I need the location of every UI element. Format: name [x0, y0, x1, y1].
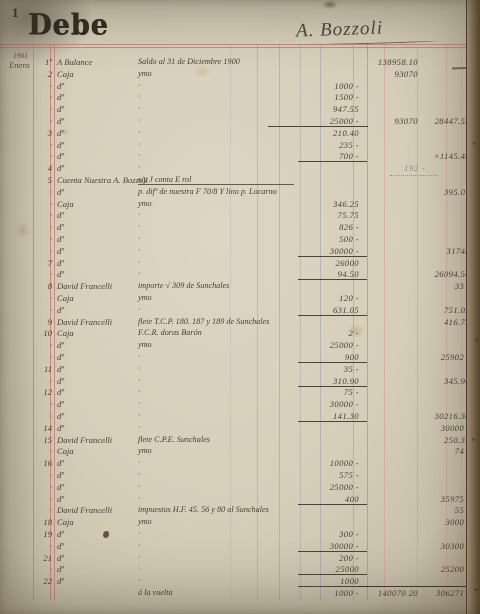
day-cell: ·: [34, 81, 52, 91]
amount-col2-cell: 93070: [368, 116, 418, 126]
edge-speck: [475, 338, 478, 342]
balance-cell: 25200 -: [422, 564, 470, 574]
day-cell: ·: [34, 222, 52, 232]
ledger-row: 3dº·210.40: [0, 128, 466, 140]
balance-cell: 55 -: [422, 505, 470, 515]
ledger-row: ·dºymo25000 -: [0, 340, 466, 352]
day-cell: 21: [34, 553, 52, 563]
edge-speck: [472, 438, 475, 441]
ledger-row: 12dº·75 -: [0, 387, 466, 399]
detail-cell: ymo: [138, 517, 294, 526]
detail-cell: ·: [138, 564, 294, 573]
detail-cell: p. difº de nuestra F 70/8 Y lino p. Loca…: [138, 187, 294, 196]
day-cell: ·: [34, 340, 52, 350]
amount-col1-cell: 200 -: [295, 553, 359, 563]
day-cell: ·: [34, 151, 52, 161]
edge-speck: [474, 588, 478, 591]
day-cell: 15: [34, 435, 52, 445]
detail-cell: ·: [138, 529, 294, 538]
day-cell: ·: [34, 246, 52, 256]
day-cell: 1º: [34, 57, 52, 67]
detail-cell: ·: [138, 376, 294, 385]
amount-col1-cell: 10000 -: [295, 458, 359, 468]
balance-cell: 30216.30: [422, 411, 470, 421]
amount-col1-cell: 25000 -: [295, 482, 359, 492]
day-cell: ·: [34, 269, 52, 279]
ledger-row: ·dº·826 -: [0, 222, 466, 234]
detail-cell: ·: [138, 246, 294, 255]
balance-cell: 30300 -: [422, 541, 470, 551]
ledger-row: 19dº·300 -: [0, 529, 466, 541]
day-cell: 8: [34, 281, 52, 291]
ledger-row: ·dº·94.5026094.50: [0, 269, 466, 281]
amount-col2-cell: 93070: [368, 69, 418, 79]
amount-col1-cell: 310.90: [295, 376, 359, 386]
ledger-row: ·dº·1000 -: [0, 81, 466, 93]
amount-col1-cell: 700 -: [295, 151, 359, 161]
detail-cell: ·: [138, 411, 294, 420]
ledger-row: 9David Francelliflete T.C.P. 180. 187 y …: [0, 317, 466, 329]
edge-speck: [473, 142, 476, 145]
day-cell: 19: [34, 529, 52, 539]
detail-cell: ·: [138, 128, 294, 137]
day-cell: ·: [34, 187, 52, 197]
balance-cell: 306271 -: [422, 588, 470, 598]
amount-col1-cell: 75.75: [295, 210, 359, 220]
day-cell: 5: [34, 175, 52, 185]
ledger-row: 11dº·35 -: [0, 364, 466, 376]
account-holder-name: A. Bozzoli: [296, 15, 447, 42]
detail-cell: ·: [138, 470, 294, 479]
total-line: [358, 586, 469, 587]
detail-cell: flete C.P.E. Sunchales: [138, 435, 294, 444]
detail-cell: ymo: [138, 446, 294, 455]
detail-cell: ·: [138, 364, 294, 373]
ledger-row: ·dº·30000 -31748: [0, 246, 466, 258]
day-cell: ·: [34, 376, 52, 386]
amount-col1-cell: 2 -: [295, 328, 359, 338]
amount-col1-cell: 235 -: [295, 140, 359, 150]
day-cell: 18: [34, 517, 52, 527]
detail-cell: ·: [138, 399, 294, 408]
day-cell: ·: [34, 482, 52, 492]
amount-col1-cell: 1500 -: [295, 92, 359, 102]
day-cell: 12: [34, 387, 52, 397]
detail-cell: ·: [138, 576, 294, 585]
amount-col1-cell: 35 -: [295, 364, 359, 374]
ledger-row: ·Cajaymo74 -: [0, 446, 466, 458]
day-cell: 9: [34, 317, 52, 327]
detail-cell: ·: [138, 258, 294, 267]
day-cell: ·: [34, 411, 52, 421]
ledger-row: ·dº·90025902 -: [0, 352, 466, 364]
ledger-row: 4dº·192 -: [0, 163, 466, 175]
detail-cell: Saldo al 31 de Diciembre 1900: [138, 57, 294, 66]
amount-col1-cell: 25000 -: [295, 116, 359, 126]
day-cell: 10: [34, 328, 52, 338]
balance-cell: 26094.50: [422, 269, 470, 279]
detail-cell: ·: [138, 92, 294, 101]
detail-cell: F.C.R. doras Barón: [138, 328, 294, 337]
detail-cell: á la vuelta: [138, 588, 294, 597]
balance-cell: 35975 -: [422, 494, 470, 504]
amount-col1-cell: 500 -: [295, 234, 359, 244]
balance-cell: ×1145.40: [422, 151, 470, 161]
ledger-row: ·dº·75.75: [0, 210, 466, 222]
amount-col1-cell: 94.50: [295, 269, 359, 279]
balance-cell: 395.07: [422, 187, 470, 197]
amount-col1-cell: 1000: [295, 576, 359, 586]
amount-col2-cell: 138958.10: [368, 57, 418, 67]
day-cell: ·: [34, 399, 52, 409]
detail-cell: ·: [138, 494, 294, 503]
amount-col1-cell: 210.40: [295, 128, 359, 138]
ledger-row: 2Cajaymo93070: [0, 69, 466, 81]
ledger-row: ·dº·500 -: [0, 234, 466, 246]
ledger-page: 1 Debe A. Bozzoli 1901 Enero 1ºA Balance…: [0, 0, 480, 614]
ledger-row: 10CajaF.C.R. doras Barón2 -: [0, 328, 466, 340]
ledger-row: ·dº·947.55: [0, 104, 466, 116]
balance-cell: 3000 -: [422, 517, 470, 527]
amount-col1-cell: 947.55: [295, 104, 359, 114]
ledger-row: ·dº·25000 -: [0, 482, 466, 494]
detail-cell: ·: [138, 387, 294, 396]
ledger-row: ·dº·575 -: [0, 470, 466, 482]
detail-cell: ·: [138, 352, 294, 361]
detail-cell: ymo: [138, 69, 294, 78]
ledger-row: ·dº·30000 -30300 -: [0, 541, 466, 553]
balance-cell: 416.72: [422, 317, 470, 327]
amount-col1-cell: 26000: [295, 258, 359, 268]
ledger-row: ·David Francelliimpuestos H.F. 45. 56 y …: [0, 505, 466, 517]
day-cell: ·: [34, 541, 52, 551]
detail-cell: ·: [138, 222, 294, 231]
day-cell: ·: [34, 210, 52, 220]
ledger-row: ·dº·141.3030216.30: [0, 411, 466, 423]
ledger-row: ·dº·30000 -: [0, 399, 466, 411]
day-cell: ·: [34, 116, 52, 126]
ledger-row: 21dº·200 -: [0, 553, 466, 565]
detail-cell: ·: [138, 104, 294, 113]
detail-cell: ymo: [138, 293, 294, 302]
ledger-row: 15David Francelliflete C.P.E. Sunchales2…: [0, 435, 466, 447]
day-cell: ·: [34, 352, 52, 362]
detail-cell: ·: [138, 140, 294, 149]
detail-cell: s/y J conta E rol: [138, 175, 294, 185]
detail-cell: ·: [138, 151, 294, 160]
day-cell: 2: [34, 69, 52, 79]
ledger-row: ·dº·40035975 -: [0, 494, 466, 506]
day-cell: ·: [34, 446, 52, 456]
detail-cell: ·: [138, 423, 294, 432]
ledger-row: 1ºA BalanceSaldo al 31 de Diciembre 1900…: [0, 57, 466, 69]
amount-col1-cell: 30000 -: [295, 246, 359, 256]
ledger-row: ·dº·2500025200 -: [0, 564, 466, 576]
day-cell: ·: [34, 92, 52, 102]
day-cell: ·: [34, 305, 52, 315]
day-cell: 22: [34, 576, 52, 586]
top-rule-line-2: [0, 47, 466, 48]
ledger-row: á la vuelta1000 -140070 20306271 -: [0, 588, 466, 600]
amount-col1-cell: 141.30: [295, 411, 359, 421]
detail-cell: ·: [138, 458, 294, 467]
ledger-row: 14dº·30000 -: [0, 423, 466, 435]
ledger-row: ·dº·235 -: [0, 140, 466, 152]
day-cell: 4: [34, 163, 52, 173]
balance-cell: 751.05: [422, 305, 470, 315]
page-number: 1: [12, 5, 19, 21]
balance-cell: 74 -: [422, 446, 470, 456]
page-edge: [466, 0, 480, 614]
detail-cell: ·: [138, 553, 294, 562]
ledger-row: ·dº·25000 -9307028447.55: [0, 116, 466, 128]
day-cell: 7: [34, 258, 52, 268]
detail-cell: ·: [138, 305, 294, 314]
detail-cell: ·: [138, 482, 294, 491]
day-cell: ·: [34, 470, 52, 480]
detail-cell: flete T.C.P. 180. 187 y 189 de Sunchales: [138, 317, 294, 326]
day-cell: 11: [34, 364, 52, 374]
amount-col1-cell: 900: [295, 352, 359, 362]
detail-cell: ·: [138, 163, 294, 172]
top-edge-mark: [322, 0, 338, 9]
amount-col1-cell: 346.25: [295, 199, 359, 209]
amount-col2-cell: 140070 20: [368, 588, 418, 598]
amount-col1-cell: 25000: [295, 564, 359, 574]
balance-cell: 33 -: [422, 281, 470, 291]
detail-cell: impuestos H.F. 45. 56 y 80 al Sunchales: [138, 505, 294, 514]
detail-cell: ·: [138, 234, 294, 243]
day-cell: ·: [34, 293, 52, 303]
ledger-row: ·dº·631.05751.05: [0, 305, 466, 317]
day-cell: ·: [34, 494, 52, 504]
amount-col1-cell: 575 -: [295, 470, 359, 480]
amount-col1-cell: 120 -: [295, 293, 359, 303]
detail-cell: importe √ 309 de Sunchales: [138, 281, 294, 290]
top-rule-line: [0, 44, 466, 45]
detail-cell: ·: [138, 116, 294, 125]
ledger-row: 5Cuenta Nuestra A. Bozzolis/y J conta E …: [0, 175, 466, 187]
day-cell: ·: [34, 505, 52, 515]
amount-col1-cell: 631.05: [295, 305, 359, 315]
day-cell: 16: [34, 458, 52, 468]
pencil-note: 192 -: [396, 164, 434, 173]
ledger-row: 18Cajaymo3000 -: [0, 517, 466, 529]
day-cell: ·: [34, 199, 52, 209]
ledger-row: ·Cajaymo346.25: [0, 199, 466, 211]
amount-col1-cell: 25000 -: [295, 340, 359, 350]
amount-col1-cell: 30000 -: [295, 541, 359, 551]
ledger-row: 16dº·10000 -: [0, 458, 466, 470]
day-cell: ·: [34, 140, 52, 150]
day-cell: ·: [34, 564, 52, 574]
balance-cell: 345.90: [422, 376, 470, 386]
day-cell: 14: [34, 423, 52, 433]
amount-col1-cell: 826 -: [295, 222, 359, 232]
page-title: Debe: [28, 9, 109, 42]
ledger-row: 8David Francelliimporte √ 309 de Sunchal…: [0, 281, 466, 293]
balance-cell: 250.31: [422, 435, 470, 445]
detail-cell: ymo: [138, 199, 294, 208]
detail-cell: ymo: [138, 340, 294, 349]
amount-col1-cell: 75 -: [295, 387, 359, 397]
day-cell: 3: [34, 128, 52, 138]
balance-cell: 30000 -: [422, 423, 470, 433]
ledger-row: 7dº·26000: [0, 258, 466, 270]
amount-col1-cell: 300 -: [295, 529, 359, 539]
detail-cell: ·: [138, 541, 294, 550]
ledger-row: ·dº·1500 -: [0, 92, 466, 104]
balance-cell: 31748: [422, 246, 470, 256]
day-cell: ·: [34, 104, 52, 114]
ledger-row: ·dº·700 -×1145.40: [0, 151, 466, 163]
detail-cell: ·: [138, 269, 294, 278]
ledger-row: ·dºp. difº de nuestra F 70/8 Y lino p. L…: [0, 187, 466, 199]
balance-cell: 28447.55: [422, 116, 470, 126]
day-cell: ·: [34, 234, 52, 244]
amount-col1-cell: 1000 -: [295, 81, 359, 91]
balance-cell: 25902 -: [422, 352, 470, 362]
ledger-row: ·dº·310.90345.90: [0, 376, 466, 388]
amount-col1-cell: 30000 -: [295, 399, 359, 409]
ledger-row: ·Cajaymo120 -: [0, 293, 466, 305]
detail-cell: ·: [138, 210, 294, 219]
amount-col1-cell: 400: [295, 494, 359, 504]
amount-col1-cell: 1000 -: [295, 588, 359, 598]
detail-cell: ·: [138, 81, 294, 90]
